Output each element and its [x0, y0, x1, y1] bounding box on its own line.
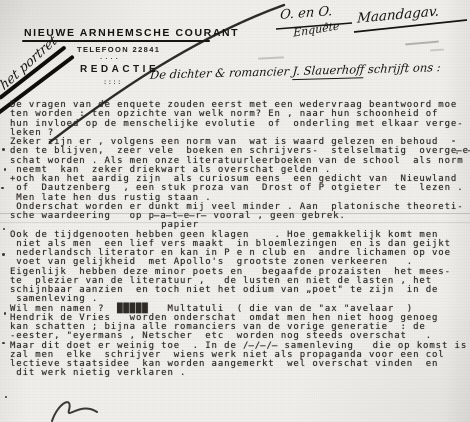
handwritten-note-maandagav: Maandagav.	[357, 3, 440, 26]
scanned-letter-page: NIEUWE ARNHEMSCHE COURANT TELEFOON 22841…	[0, 0, 470, 422]
scan-speck	[3, 228, 5, 230]
letterhead-department-mark: ::::	[103, 78, 122, 86]
typed-line: dit werk nietig verklaren .	[10, 369, 468, 378]
scan-streak	[0, 213, 470, 214]
handwritten-note-o-en-o: O. en O.	[280, 4, 333, 23]
handwritten-note-enquete: Enquête	[293, 19, 339, 39]
scan-speck	[4, 168, 6, 171]
scan-speck	[452, 140, 455, 142]
handwritten-byline: De dichter & romancier J. Slauerhoff sch…	[149, 60, 441, 82]
scan-speck	[5, 396, 7, 398]
letterhead-separator-dots: ....	[99, 53, 120, 61]
typed-letter-body: De vragen van de enquete zouden eerst me…	[10, 101, 468, 379]
signature-scribble	[52, 402, 97, 421]
scan-speck	[2, 342, 5, 344]
letterhead-title: NIEUWE ARNHEMSCHE COURANT	[24, 27, 239, 39]
scan-smudge	[405, 41, 439, 46]
scan-speck	[1, 187, 4, 189]
letterhead-department: REDACTIE	[80, 64, 159, 75]
byline-tail: schrijft ons :	[364, 60, 442, 76]
scan-speck	[2, 253, 5, 256]
byline-author-name: J. Slauerhoff	[292, 62, 365, 80]
byline-lead: De dichter & romancier	[149, 64, 293, 82]
scan-smudge	[430, 49, 444, 51]
typed-line: hun invloed op de menschelijke evolutie …	[10, 120, 468, 129]
scan-streak	[0, 222, 470, 223]
scan-speck	[4, 312, 6, 315]
scan-speck	[2, 148, 5, 151]
scan-speck	[456, 152, 458, 154]
scan-smudge	[258, 56, 284, 59]
